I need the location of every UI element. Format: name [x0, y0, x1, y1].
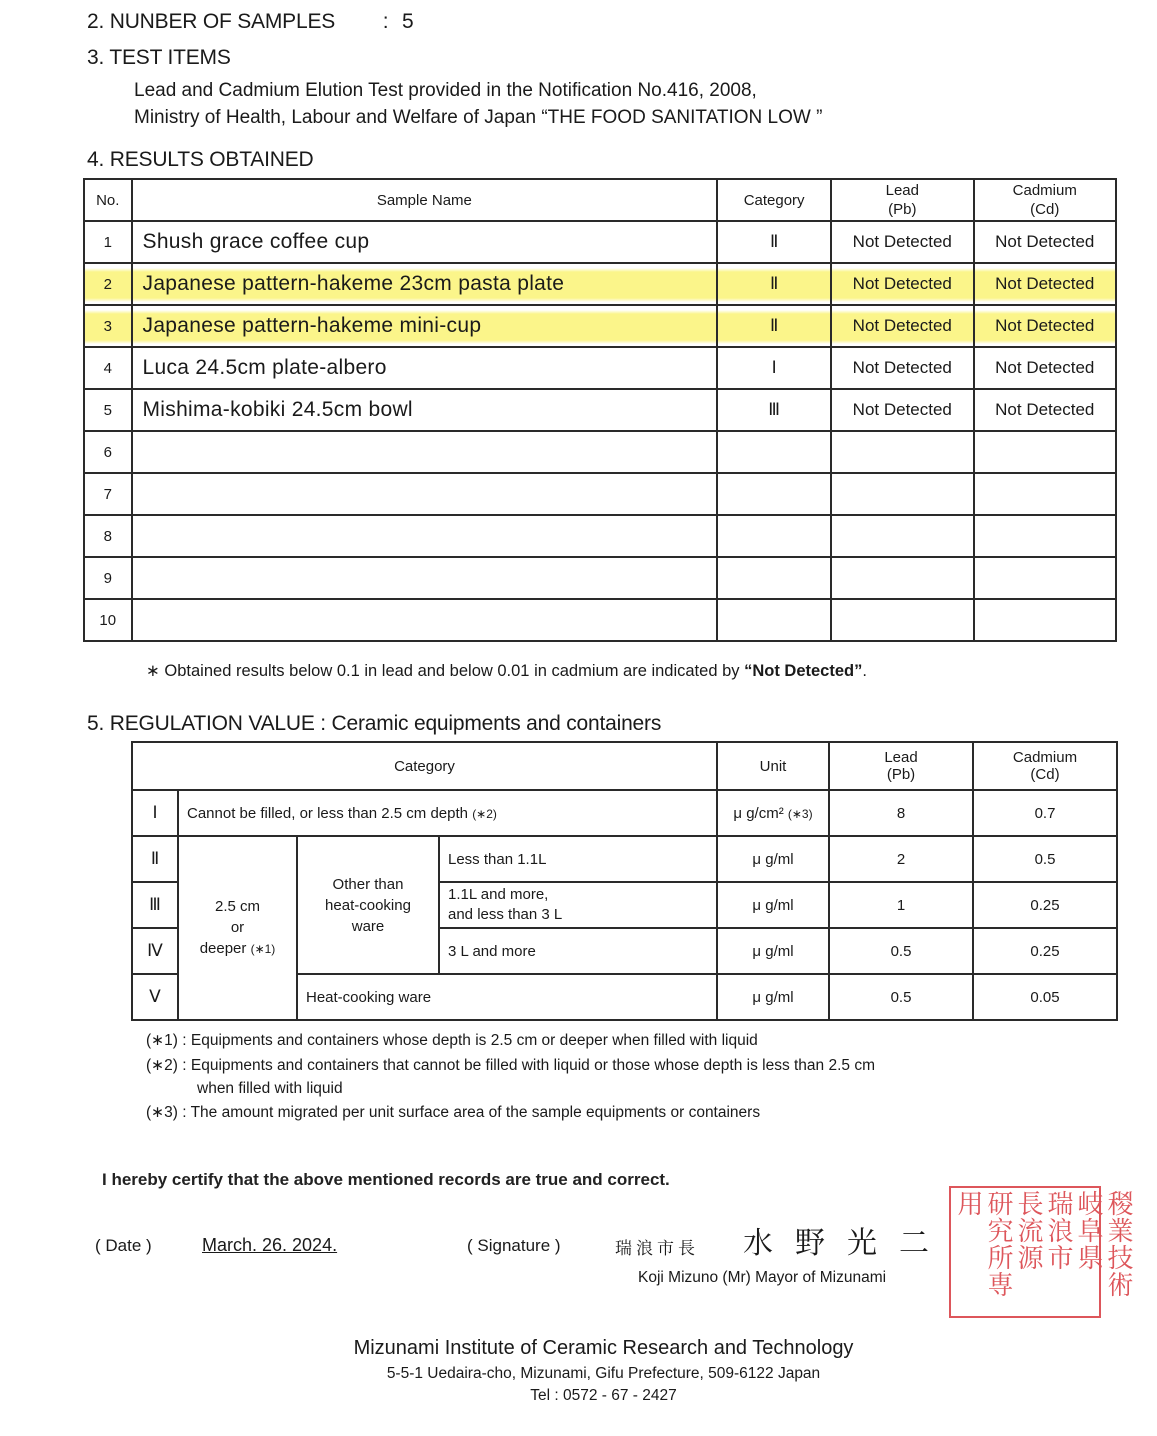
results-cell-name: Mishima-kobiki 24.5cm bowl [132, 389, 718, 431]
reg-row-1-cadmium: 0.7 [973, 790, 1117, 836]
reg-note-1-text: Equipments and containers whose depth is… [191, 1032, 758, 1049]
results-cell-lead [831, 515, 973, 557]
footnote-end: . [862, 662, 867, 680]
reg-row-3-desc: 1.1L and more, and less than 3 L [439, 882, 717, 928]
seal-column: 瑞浪市 [1043, 1190, 1073, 1314]
results-cell-name: Japanese pattern-hakeme mini-cup [132, 305, 718, 347]
reg-note-3-text: The amount migrated per unit surface are… [191, 1104, 761, 1121]
results-cell-cadmium: Not Detected [974, 305, 1116, 347]
results-cell-name [132, 599, 718, 641]
reg-row-1-unit-text: μ g/cm² [733, 805, 783, 822]
official-seal-stamp: 稯業技術岐阜県瑞浪市長流源研究所専用 [949, 1186, 1101, 1318]
results-cell-cadmium: Not Detected [974, 221, 1116, 263]
institute-phone: Tel : 0572 - 67 - 2427 [0, 1387, 1157, 1405]
reg-row-5-desc: Heat-cooking ware [297, 974, 717, 1020]
depth-line-2: or [179, 917, 296, 938]
seal-column: 長流源 [1013, 1190, 1043, 1314]
results-cell-category [717, 557, 831, 599]
results-cell-cadmium: Not Detected [974, 389, 1116, 431]
institute-name: Mizunami Institute of Ceramic Research a… [0, 1337, 1157, 1360]
samples-count: 5 [402, 10, 413, 33]
non-heat-line-2: heat-cooking [298, 895, 438, 916]
reg-note-1: (∗1) : Equipments and containers whose d… [146, 1029, 758, 1052]
reg-row-3-unit: μ g/ml [717, 882, 829, 928]
signature-kanji: 水野光二 [743, 1218, 951, 1262]
results-cell-cadmium [974, 599, 1116, 641]
results-cell-lead: Not Detected [831, 347, 973, 389]
date-value: March. 26. 2024. [202, 1235, 337, 1256]
reg-header-lead: Lead (Pb) [829, 742, 973, 790]
reg-header-unit: Unit [717, 742, 829, 790]
reg-header-lead-symbol: (Pb) [830, 766, 972, 783]
header-lead: Lead (Pb) [831, 179, 973, 221]
reg-note-2-mark: (∗2) : [146, 1057, 187, 1074]
header-sample-name: Sample Name [132, 179, 718, 221]
results-cell-lead: Not Detected [831, 305, 973, 347]
depth-line-1: 2.5 cm [179, 896, 296, 917]
results-cell-category: Ⅱ [717, 263, 831, 305]
results-cell-cadmium: Not Detected [974, 263, 1116, 305]
non-heat-line-3: ware [298, 916, 438, 937]
results-row: 8 [84, 515, 1116, 557]
depth-line-3: deeper (∗1) [179, 938, 296, 960]
results-row: 5Mishima-kobiki 24.5cm bowlⅢNot Detected… [84, 389, 1116, 431]
reg-row-4-roman: Ⅳ [132, 928, 178, 974]
reg-header-cadmium: Cadmium (Cd) [973, 742, 1117, 790]
reg-row-3-desc-1: 1.1L and more, [448, 885, 716, 905]
header-cadmium: Cadmium (Cd) [974, 179, 1116, 221]
results-heading: 4. RESULTS OBTAINED [87, 148, 313, 172]
results-cell-lead: Not Detected [831, 263, 973, 305]
reg-row-1-lead: 8 [829, 790, 973, 836]
header-lead-symbol: (Pb) [832, 200, 972, 219]
results-cell-no: 8 [84, 515, 132, 557]
results-header-row: No. Sample Name Category Lead (Pb) Cadmi… [84, 179, 1116, 221]
header-no: No. [84, 179, 132, 221]
reg-depth-group: 2.5 cm or deeper (∗1) [178, 836, 297, 1020]
results-row: 10 [84, 599, 1116, 641]
results-cell-category [717, 515, 831, 557]
results-row: 1Shush grace coffee cupⅡNot DetectedNot … [84, 221, 1116, 263]
results-cell-cadmium [974, 473, 1116, 515]
results-cell-lead: Not Detected [831, 221, 973, 263]
results-cell-no: 3 [84, 305, 132, 347]
regulation-header-row: Category Unit Lead (Pb) Cadmium (Cd) [132, 742, 1117, 790]
reg-row-4-lead: 0.5 [829, 928, 973, 974]
footnote-bold: “Not Detected” [744, 662, 862, 680]
certification-statement: I hereby certify that the above mentione… [102, 1170, 670, 1190]
reg-header-category: Category [132, 742, 717, 790]
seal-column: 稯業技術 [1103, 1190, 1133, 1314]
header-cadmium-symbol: (Cd) [975, 200, 1115, 219]
header-cadmium-label: Cadmium [975, 181, 1115, 200]
reg-row-2-desc: Less than 1.1L [439, 836, 717, 882]
depth-line-3-text: deeper [200, 940, 247, 957]
results-table: No. Sample Name Category Lead (Pb) Cadmi… [83, 178, 1117, 642]
test-items-line-1: Lead and Cadmium Elution Test provided i… [134, 77, 757, 104]
results-cell-lead [831, 557, 973, 599]
results-cell-category [717, 473, 831, 515]
samples-sep: : [383, 10, 389, 33]
reg-row-1-roman: Ⅰ [132, 790, 178, 836]
results-cell-name: Shush grace coffee cup [132, 221, 718, 263]
results-cell-category [717, 431, 831, 473]
reg-row-1: Ⅰ Cannot be filled, or less than 2.5 cm … [132, 790, 1117, 836]
samples-heading: 2. NUNBER OF SAMPLES : 5 [87, 10, 413, 34]
results-cell-cadmium [974, 431, 1116, 473]
reg-row-5-roman: Ⅴ [132, 974, 178, 1020]
institute-address: 5-5-1 Uedaira-cho, Mizunami, Gifu Prefec… [0, 1365, 1157, 1383]
seal-column: 研究所専用 [953, 1190, 1013, 1314]
results-cell-no: 2 [84, 263, 132, 305]
results-cell-name: Japanese pattern-hakeme 23cm pasta plate [132, 263, 718, 305]
reg-row-3-cadmium: 0.25 [973, 882, 1117, 928]
results-cell-lead [831, 473, 973, 515]
results-cell-category: Ⅱ [717, 221, 831, 263]
results-cell-cadmium [974, 557, 1116, 599]
reg-note-2: (∗2) : Equipments and containers that ca… [146, 1054, 875, 1077]
footnote-text: ∗ Obtained results below 0.1 in lead and… [146, 662, 744, 680]
reg-row-4-unit: μ g/ml [717, 928, 829, 974]
reg-row-2-roman: Ⅱ [132, 836, 178, 882]
reg-row-1-unit: μ g/cm² (∗3) [717, 790, 829, 836]
reg-row-1-desc-note: (∗2) [472, 807, 497, 821]
reg-header-cadmium-symbol: (Cd) [974, 766, 1116, 783]
reg-row-5-unit: μ g/ml [717, 974, 829, 1020]
results-cell-name [132, 431, 718, 473]
reg-header-cadmium-label: Cadmium [974, 749, 1116, 766]
results-cell-name [132, 515, 718, 557]
results-cell-name [132, 557, 718, 599]
results-cell-lead: Not Detected [831, 389, 973, 431]
results-cell-no: 10 [84, 599, 132, 641]
depth-note: (∗1) [251, 942, 276, 956]
results-cell-no: 9 [84, 557, 132, 599]
results-cell-cadmium [974, 515, 1116, 557]
reg-row-2: Ⅱ 2.5 cm or deeper (∗1) Other than heat-… [132, 836, 1117, 882]
results-row: 9 [84, 557, 1116, 599]
results-cell-category: Ⅲ [717, 389, 831, 431]
results-footnote: ∗ Obtained results below 0.1 in lead and… [146, 660, 867, 683]
reg-row-4-desc: 3 L and more [439, 928, 717, 974]
results-row: 4Luca 24.5cm plate-alberoⅠNot DetectedNo… [84, 347, 1116, 389]
results-cell-name: Luca 24.5cm plate-albero [132, 347, 718, 389]
reg-row-1-desc: Cannot be filled, or less than 2.5 cm de… [178, 790, 717, 836]
results-cell-lead [831, 599, 973, 641]
test-items-line-2: Ministry of Health, Labour and Welfare o… [134, 104, 822, 131]
results-row: 6 [84, 431, 1116, 473]
reg-row-1-desc-text: Cannot be filled, or less than 2.5 cm de… [187, 805, 468, 822]
regulation-table: Category Unit Lead (Pb) Cadmium (Cd) Ⅰ C… [131, 741, 1118, 1021]
mayor-title-kanji: 瑞浪市長 [615, 1234, 699, 1259]
results-cell-no: 6 [84, 431, 132, 473]
reg-non-heat-group: Other than heat-cooking ware [297, 836, 439, 974]
signer-name: Koji Mizuno (Mr) Mayor of Mizunami [638, 1269, 886, 1287]
reg-note-2-cont: when filled with liquid [197, 1077, 343, 1100]
header-lead-label: Lead [832, 181, 972, 200]
reg-row-5-cadmium: 0.05 [973, 974, 1117, 1020]
samples-label: 2. NUNBER OF SAMPLES [87, 10, 335, 33]
reg-note-3-mark: (∗3) : [146, 1104, 187, 1121]
reg-row-2-unit: μ g/ml [717, 836, 829, 882]
reg-row-3-lead: 1 [829, 882, 973, 928]
reg-row-5-lead: 0.5 [829, 974, 973, 1020]
seal-column: 岐阜県 [1073, 1190, 1103, 1314]
reg-row-3-roman: Ⅲ [132, 882, 178, 928]
regulation-heading: 5. REGULATION VALUE : Ceramic equipments… [87, 712, 661, 736]
reg-row-3-desc-2: and less than 3 L [448, 905, 716, 925]
reg-row-1-unit-note: (∗3) [788, 807, 813, 821]
results-cell-category: Ⅰ [717, 347, 831, 389]
non-heat-line-1: Other than [298, 874, 438, 895]
results-row: 3Japanese pattern-hakeme mini-cupⅡNot De… [84, 305, 1116, 347]
results-cell-no: 4 [84, 347, 132, 389]
results-cell-name [132, 473, 718, 515]
results-cell-no: 7 [84, 473, 132, 515]
header-category: Category [717, 179, 831, 221]
results-cell-cadmium: Not Detected [974, 347, 1116, 389]
results-cell-lead [831, 431, 973, 473]
signature-label: ( Signature ) [467, 1236, 561, 1256]
reg-header-lead-label: Lead [830, 749, 972, 766]
results-row: 7 [84, 473, 1116, 515]
reg-row-2-cadmium: 0.5 [973, 836, 1117, 882]
results-cell-category: Ⅱ [717, 305, 831, 347]
reg-row-4-cadmium: 0.25 [973, 928, 1117, 974]
results-cell-no: 1 [84, 221, 132, 263]
results-cell-category [717, 599, 831, 641]
reg-note-3: (∗3) : The amount migrated per unit surf… [146, 1101, 760, 1124]
results-cell-no: 5 [84, 389, 132, 431]
test-items-heading: 3. TEST ITEMS [87, 46, 231, 70]
reg-note-1-mark: (∗1) : [146, 1032, 187, 1049]
results-row: 2Japanese pattern-hakeme 23cm pasta plat… [84, 263, 1116, 305]
reg-row-2-lead: 2 [829, 836, 973, 882]
date-label: ( Date ) [95, 1236, 152, 1256]
reg-note-2-text: Equipments and containers that cannot be… [191, 1057, 875, 1074]
